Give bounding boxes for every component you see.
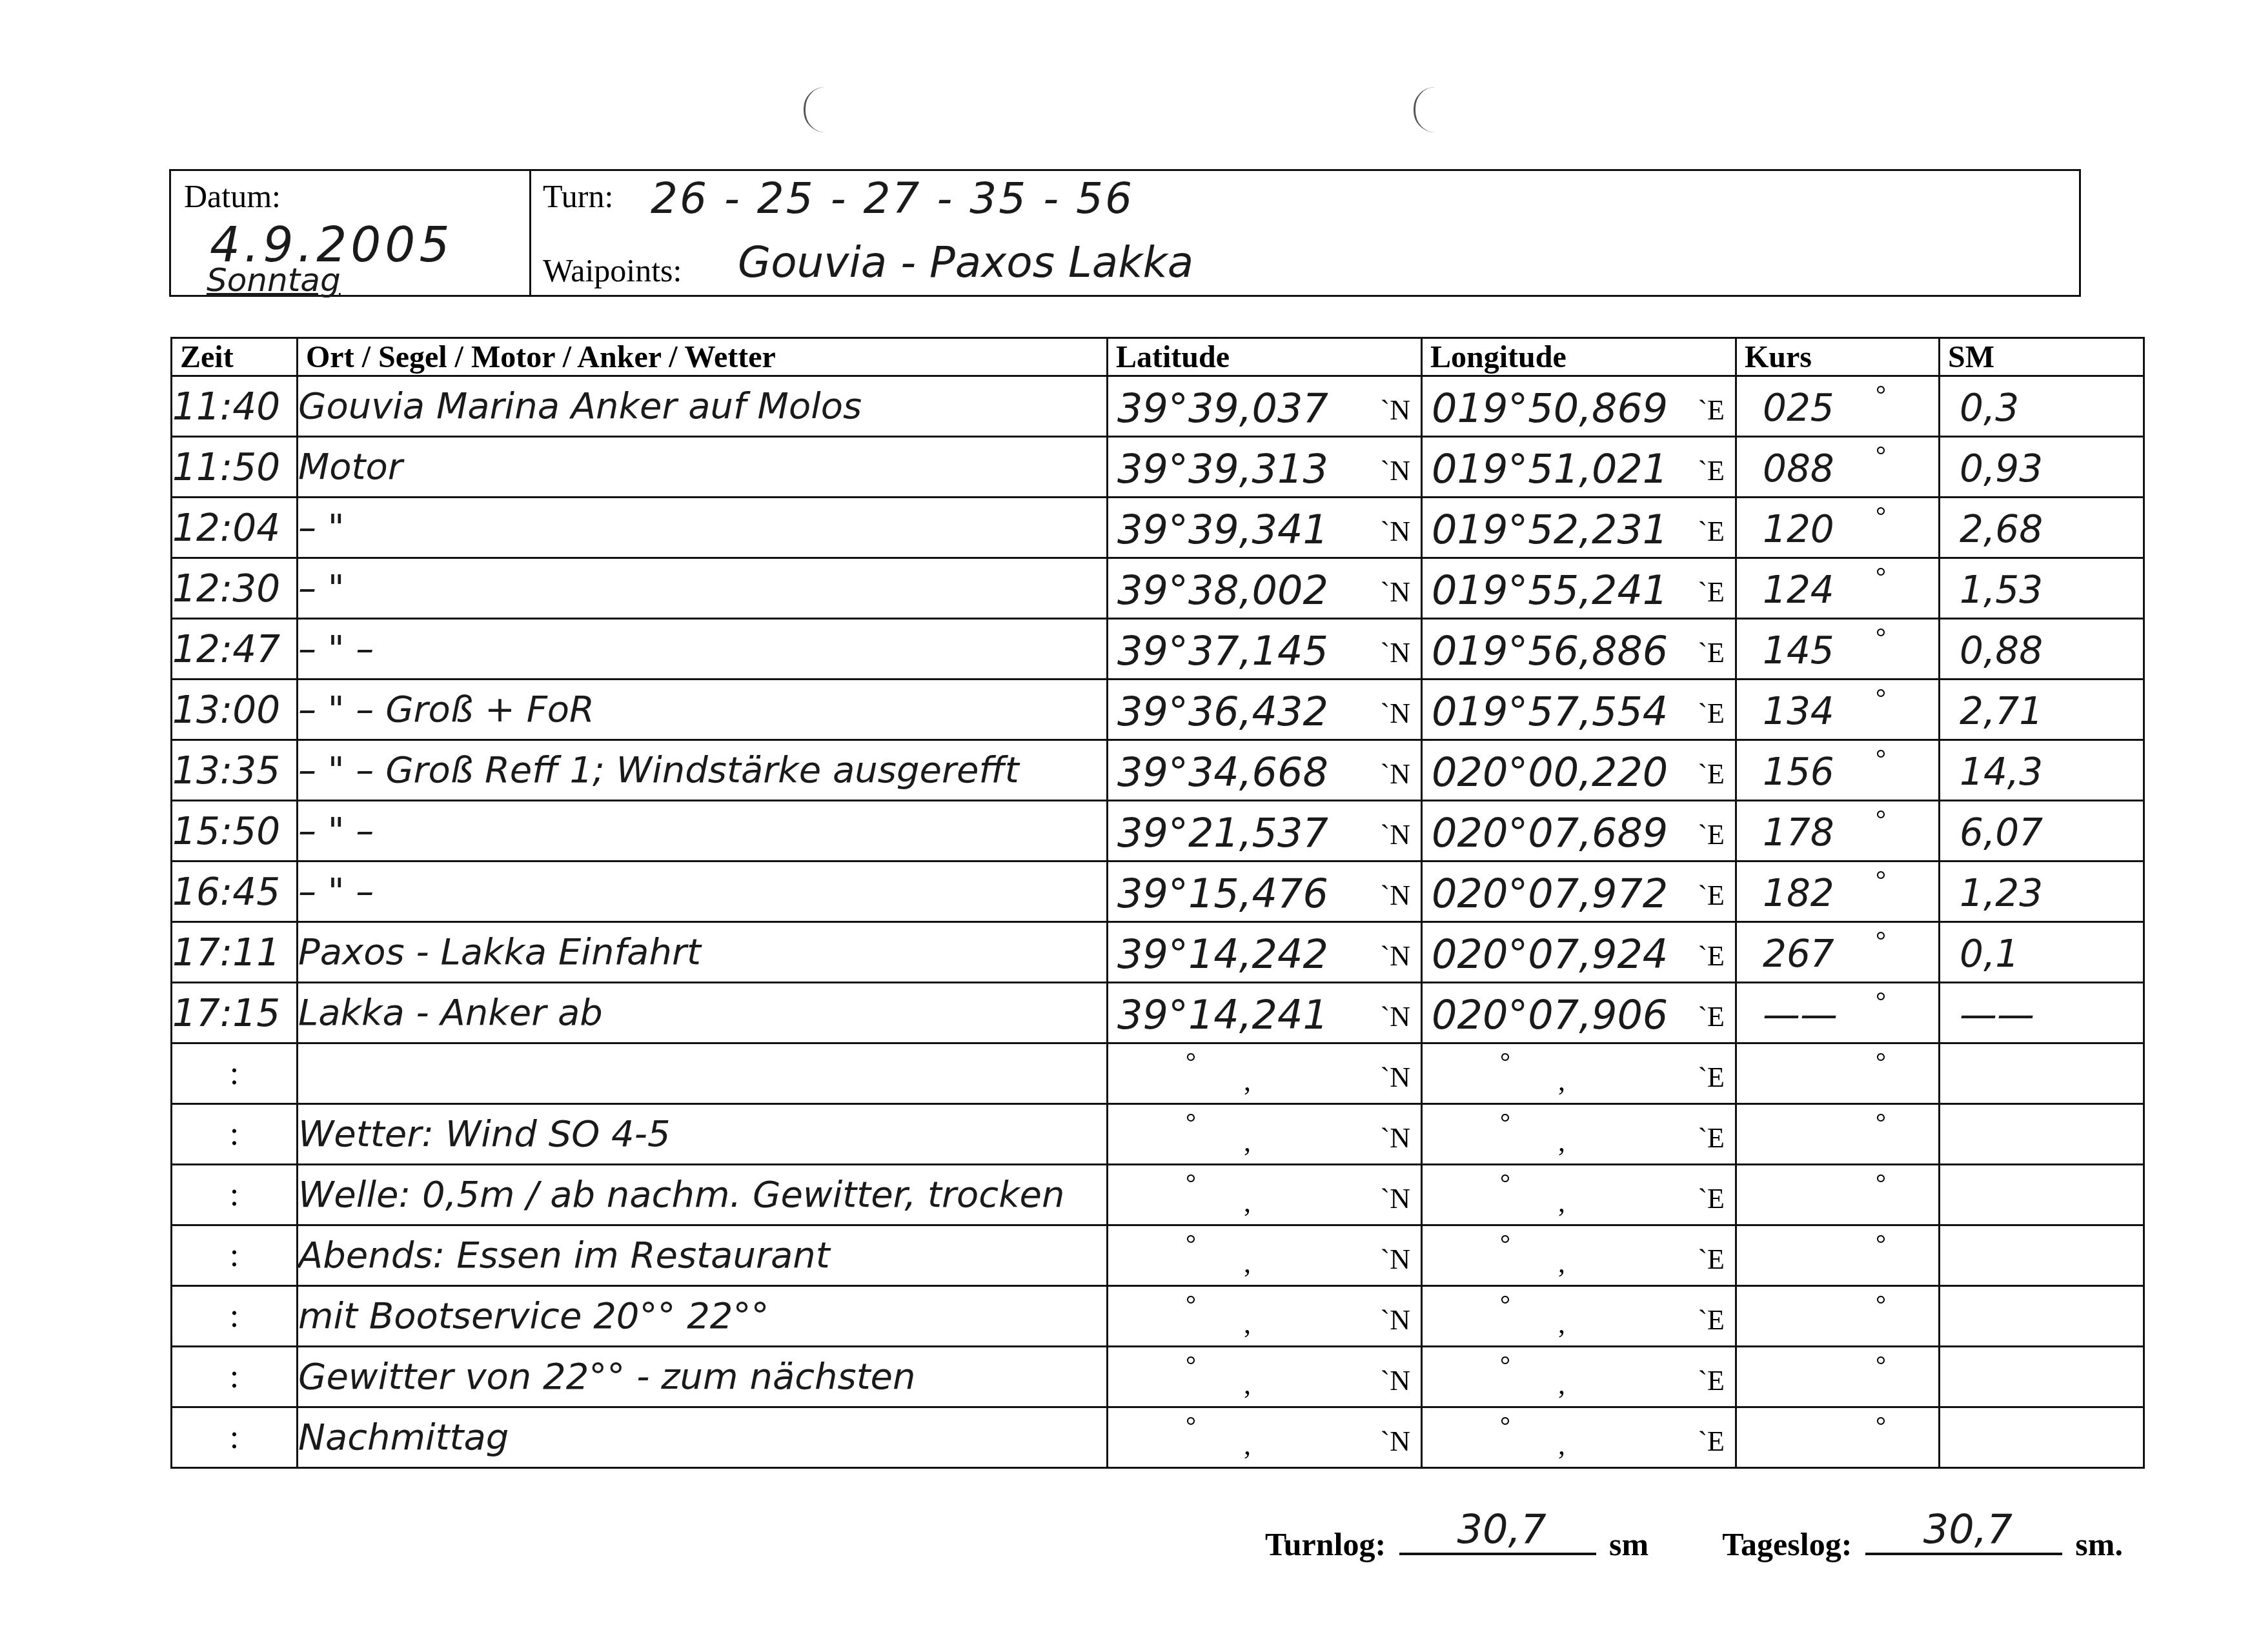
longitude-value: 020°07,906 xyxy=(1432,991,1668,1038)
cell-ort[interactable]: – " – xyxy=(298,801,1108,861)
cell-ort[interactable]: – " – Groß Reff 1; Windstärke ausgerefft xyxy=(298,740,1108,801)
tageslog-label: Tageslog: xyxy=(1722,1526,1852,1562)
degree-mark: ° xyxy=(1876,683,1886,713)
degree-mark: ° xyxy=(1876,1350,1886,1380)
turn-cell: Turn: 26 - 25 - 27 - 35 - 56 Waipoints: … xyxy=(531,171,2079,295)
cell-latitude[interactable]: 39°15,476`N xyxy=(1108,861,1422,922)
cell-kurs[interactable]: 156° xyxy=(1736,740,1940,801)
degree-mark: ° xyxy=(1500,1168,1510,1198)
degree-mark: ° xyxy=(1876,804,1886,834)
kurs-value: 145 xyxy=(1763,629,1834,672)
kurs-value: 134 xyxy=(1763,689,1834,733)
cell-longitude[interactable]: °,`E xyxy=(1422,1043,1736,1104)
cell-ort[interactable]: Lakka - Anker ab xyxy=(298,983,1108,1043)
sm-value: 0,1 xyxy=(1960,932,2019,976)
north-suffix: `N xyxy=(1381,818,1410,851)
longitude-value: 019°52,231 xyxy=(1432,506,1668,553)
comma-mark: , xyxy=(1244,1186,1251,1219)
degree-mark: ° xyxy=(1876,743,1886,774)
log-body: 11:40Gouvia Marina Anker auf Molos39°39,… xyxy=(172,376,2144,1468)
cell-sm[interactable]: 14,3 xyxy=(1940,740,2144,801)
degree-mark: ° xyxy=(1500,1047,1510,1077)
cell-longitude[interactable]: 020°07,924`E xyxy=(1422,922,1736,983)
cell-zeit[interactable]: 12:30 xyxy=(172,558,298,619)
cell-zeit[interactable]: : xyxy=(172,1347,298,1407)
degree-mark: ° xyxy=(1500,1350,1510,1380)
cell-sm[interactable]: 0,88 xyxy=(1940,619,2144,680)
tageslog-unit: sm. xyxy=(2075,1526,2123,1562)
comma-mark: , xyxy=(1244,1307,1251,1340)
longitude-value: 019°50,869 xyxy=(1432,385,1668,432)
east-suffix: `E xyxy=(1698,576,1725,609)
latitude-value: 39°14,241 xyxy=(1117,991,1328,1038)
cell-sm[interactable]: 2,71 xyxy=(1940,680,2144,740)
cell-ort[interactable]: – " xyxy=(298,498,1108,558)
column-header-longitude: Longitude xyxy=(1422,338,1736,376)
cell-zeit[interactable]: : xyxy=(172,1165,298,1225)
cell-kurs[interactable]: ° xyxy=(1736,1286,1940,1347)
cell-latitude[interactable]: °,`N xyxy=(1108,1286,1422,1347)
east-suffix: `E xyxy=(1698,1425,1725,1458)
cell-longitude[interactable]: °,`E xyxy=(1422,1347,1736,1407)
cell-ort[interactable]: Paxos - Lakka Einfahrt xyxy=(298,922,1108,983)
cell-ort[interactable]: Wetter: Wind SO 4-5 xyxy=(298,1104,1108,1165)
table-row: 12:04– " 39°39,341`N019°52,231`E120°2,68 xyxy=(172,498,2144,558)
latitude-value: 39°37,145 xyxy=(1117,627,1328,674)
kurs-value: —— xyxy=(1763,992,1838,1036)
table-row: 17:15Lakka - Anker ab39°14,241`N020°07,9… xyxy=(172,983,2144,1043)
cell-kurs[interactable]: 134° xyxy=(1736,680,1940,740)
north-suffix: `N xyxy=(1381,1304,1410,1336)
turnlog-field[interactable]: 30,7 xyxy=(1399,1522,1596,1555)
cell-ort[interactable]: – " xyxy=(298,558,1108,619)
cell-sm[interactable]: 0,3 xyxy=(1940,376,2144,437)
longitude-value: 019°51,021 xyxy=(1432,445,1668,492)
degree-mark: ° xyxy=(1876,501,1886,531)
cell-longitude[interactable]: 020°07,972`E xyxy=(1422,861,1736,922)
east-suffix: `E xyxy=(1698,394,1725,427)
cell-latitude[interactable]: 39°34,668`N xyxy=(1108,740,1422,801)
table-header-row: Zeit Ort / Segel / Motor / Anker / Wette… xyxy=(172,338,2144,376)
turn-label: Turn: xyxy=(543,177,613,215)
waypoints-label: Waipoints: xyxy=(543,252,682,289)
cell-ort[interactable]: Welle: 0,5m / ab nachm. Gewitter, trocke… xyxy=(298,1165,1108,1225)
column-header-zeit: Zeit xyxy=(172,338,298,376)
table-row: 16:45– " –39°15,476`N020°07,972`E182°1,2… xyxy=(172,861,2144,922)
table-row: 12:47– " –39°37,145`N019°56,886`E145°0,8… xyxy=(172,619,2144,680)
cell-latitude[interactable]: 39°36,432`N xyxy=(1108,680,1422,740)
cell-ort[interactable]: Abends: Essen im Restaurant xyxy=(298,1225,1108,1286)
sm-value: 2,71 xyxy=(1960,689,2043,733)
cell-latitude[interactable]: °,`N xyxy=(1108,1165,1422,1225)
cell-sm[interactable]: 1,53 xyxy=(1940,558,2144,619)
latitude-value: 39°39,037 xyxy=(1117,385,1328,432)
comma-mark: , xyxy=(1558,1186,1565,1219)
east-suffix: `E xyxy=(1698,1000,1725,1033)
cell-longitude[interactable]: °,`E xyxy=(1422,1286,1736,1347)
degree-mark: ° xyxy=(1876,561,1886,592)
cell-latitude[interactable]: °,`N xyxy=(1108,1043,1422,1104)
cell-sm[interactable] xyxy=(1940,1407,2144,1468)
sm-value: 6,07 xyxy=(1960,811,2043,854)
table-row: :mit Bootservice 20°° 22°°°,`N°,`E° xyxy=(172,1286,2144,1347)
cell-zeit[interactable]: 17:11 xyxy=(172,922,298,983)
cell-kurs[interactable]: 120° xyxy=(1736,498,1940,558)
east-suffix: `E xyxy=(1698,636,1725,669)
east-suffix: `E xyxy=(1698,515,1725,548)
north-suffix: `N xyxy=(1381,576,1410,609)
turn-value[interactable]: 26 - 25 - 27 - 35 - 56 xyxy=(651,174,1134,223)
datum-cell: Datum: 4.9.2005 Sonntag xyxy=(171,171,531,295)
longitude-value: 020°07,972 xyxy=(1432,870,1668,917)
table-row: 11:50Motor39°39,313`N019°51,021`E088°0,9… xyxy=(172,437,2144,498)
cell-zeit[interactable]: 12:04 xyxy=(172,498,298,558)
cell-zeit[interactable]: 17:15 xyxy=(172,983,298,1043)
cell-sm[interactable]: —— xyxy=(1940,983,2144,1043)
kurs-value: 156 xyxy=(1763,750,1834,794)
sm-value: 1,53 xyxy=(1960,568,2043,612)
degree-mark: ° xyxy=(1186,1168,1196,1198)
comma-mark: , xyxy=(1558,1125,1565,1158)
cell-longitude[interactable]: 019°51,021`E xyxy=(1422,437,1736,498)
cell-latitude[interactable]: 39°39,341`N xyxy=(1108,498,1422,558)
cell-sm[interactable] xyxy=(1940,1347,2144,1407)
sm-value: 14,3 xyxy=(1960,750,2043,794)
cell-ort[interactable]: – " – xyxy=(298,861,1108,922)
cell-sm[interactable]: 1,23 xyxy=(1940,861,2144,922)
cell-longitude[interactable]: 020°07,906`E xyxy=(1422,983,1736,1043)
north-suffix: `N xyxy=(1381,636,1410,669)
cell-ort[interactable]: Gewitter von 22°° - zum nächsten xyxy=(298,1347,1108,1407)
east-suffix: `E xyxy=(1698,1122,1725,1154)
turnlog-value: 30,7 xyxy=(1457,1506,1546,1553)
cell-kurs[interactable]: ° xyxy=(1736,1043,1940,1104)
north-suffix: `N xyxy=(1381,1364,1410,1397)
north-suffix: `N xyxy=(1381,1243,1410,1276)
east-suffix: `E xyxy=(1698,940,1725,972)
degree-mark: ° xyxy=(1186,1047,1196,1077)
cell-ort[interactable]: Motor xyxy=(298,437,1108,498)
column-header-ort: Ort / Segel / Motor / Anker / Wetter xyxy=(298,338,1108,376)
table-row: :Gewitter von 22°° - zum nächsten°,`N°,`… xyxy=(172,1347,2144,1407)
cell-kurs[interactable]: 182° xyxy=(1736,861,1940,922)
degree-mark: ° xyxy=(1186,1411,1196,1441)
north-suffix: `N xyxy=(1381,394,1410,427)
kurs-value: 088 xyxy=(1763,447,1834,490)
latitude-value: 39°38,002 xyxy=(1117,567,1328,614)
cell-kurs[interactable]: ° xyxy=(1736,1407,1940,1468)
latitude-value: 39°34,668 xyxy=(1117,749,1328,796)
table-row: :°,`N°,`E° xyxy=(172,1043,2144,1104)
table-row: :Wetter: Wind SO 4-5°,`N°,`E° xyxy=(172,1104,2144,1165)
comma-mark: , xyxy=(1558,1065,1565,1098)
cell-zeit[interactable]: : xyxy=(172,1225,298,1286)
cell-latitude[interactable]: 39°39,037`N xyxy=(1108,376,1422,437)
comma-mark: , xyxy=(1244,1125,1251,1158)
cell-kurs[interactable]: 124° xyxy=(1736,558,1940,619)
cell-sm[interactable]: 2,68 xyxy=(1940,498,2144,558)
longitude-value: 020°00,220 xyxy=(1432,749,1668,796)
east-suffix: `E xyxy=(1698,818,1725,851)
latitude-value: 39°36,432 xyxy=(1117,688,1328,735)
cell-sm[interactable]: 6,07 xyxy=(1940,801,2144,861)
turnlog-unit: sm xyxy=(1609,1526,1648,1562)
waypoints-value[interactable]: Gouvia - Paxos Lakka xyxy=(738,237,1193,287)
cell-latitude[interactable]: °,`N xyxy=(1108,1407,1422,1468)
east-suffix: `E xyxy=(1698,1364,1725,1397)
cell-sm[interactable]: 0,93 xyxy=(1940,437,2144,498)
cell-latitude[interactable]: 39°37,145`N xyxy=(1108,619,1422,680)
comma-mark: , xyxy=(1244,1429,1251,1462)
north-suffix: `N xyxy=(1381,1425,1410,1458)
cell-kurs[interactable]: ° xyxy=(1736,1165,1940,1225)
north-suffix: `N xyxy=(1381,758,1410,791)
sm-value: —— xyxy=(1960,992,2034,1036)
cell-zeit[interactable]: 16:45 xyxy=(172,861,298,922)
cell-kurs[interactable]: 178° xyxy=(1736,801,1940,861)
east-suffix: `E xyxy=(1698,758,1725,791)
comma-mark: , xyxy=(1558,1247,1565,1280)
degree-mark: ° xyxy=(1876,1168,1886,1198)
degree-mark: ° xyxy=(1876,440,1886,470)
longitude-value: 019°57,554 xyxy=(1432,688,1668,735)
kurs-value: 178 xyxy=(1763,811,1834,854)
north-suffix: `N xyxy=(1381,879,1410,912)
north-suffix: `N xyxy=(1381,1122,1410,1154)
table-row: 12:30– " 39°38,002`N019°55,241`E124°1,53 xyxy=(172,558,2144,619)
cell-ort[interactable]: mit Bootservice 20°° 22°° xyxy=(298,1286,1108,1347)
cell-sm[interactable] xyxy=(1940,1165,2144,1225)
comma-mark: , xyxy=(1558,1368,1565,1401)
north-suffix: `N xyxy=(1381,454,1410,487)
cell-ort[interactable]: Gouvia Marina Anker auf Molos xyxy=(298,376,1108,437)
north-suffix: `N xyxy=(1381,1061,1410,1094)
comma-mark: , xyxy=(1244,1368,1251,1401)
degree-mark: ° xyxy=(1500,1229,1510,1259)
kurs-value: 124 xyxy=(1763,568,1834,612)
table-row: 13:00– " – Groß + FoR39°36,432`N019°57,5… xyxy=(172,680,2144,740)
cell-latitude[interactable]: °,`N xyxy=(1108,1104,1422,1165)
kurs-value: 025 xyxy=(1763,386,1834,430)
cell-sm[interactable]: 0,1 xyxy=(1940,922,2144,983)
degree-mark: ° xyxy=(1500,1289,1510,1320)
north-suffix: `N xyxy=(1381,1000,1410,1033)
comma-mark: , xyxy=(1558,1429,1565,1462)
cell-longitude[interactable]: 019°57,554`E xyxy=(1422,680,1736,740)
degree-mark: ° xyxy=(1876,1229,1886,1259)
comma-mark: , xyxy=(1244,1065,1251,1098)
comma-mark: , xyxy=(1558,1307,1565,1340)
cell-latitude[interactable]: 39°21,537`N xyxy=(1108,801,1422,861)
cell-sm[interactable] xyxy=(1940,1043,2144,1104)
longitude-value: 019°56,886 xyxy=(1432,627,1668,674)
cell-zeit[interactable]: : xyxy=(172,1407,298,1468)
latitude-value: 39°39,313 xyxy=(1117,445,1328,492)
table-row: 11:40Gouvia Marina Anker auf Molos39°39,… xyxy=(172,376,2144,437)
cell-longitude[interactable]: 020°00,220`E xyxy=(1422,740,1736,801)
log-header: Datum: 4.9.2005 Sonntag Turn: 26 - 25 - … xyxy=(169,169,2081,297)
cell-latitude[interactable]: 39°38,002`N xyxy=(1108,558,1422,619)
datum-weekday[interactable]: Sonntag xyxy=(207,261,341,299)
cell-sm[interactable] xyxy=(1940,1104,2144,1165)
longitude-value: 019°55,241 xyxy=(1432,567,1668,614)
column-header-sm: SM xyxy=(1940,338,2144,376)
cell-zeit[interactable]: : xyxy=(172,1104,298,1165)
cell-longitude[interactable]: 020°07,689`E xyxy=(1422,801,1736,861)
column-header-kurs: Kurs xyxy=(1736,338,1940,376)
sm-value: 0,88 xyxy=(1960,629,2043,672)
degree-mark: ° xyxy=(1876,1047,1886,1077)
cell-latitude[interactable]: °,`N xyxy=(1108,1225,1422,1286)
north-suffix: `N xyxy=(1381,515,1410,548)
degree-mark: ° xyxy=(1876,622,1886,652)
punch-hole-mark-right xyxy=(1414,87,1435,132)
cell-zeit[interactable]: 12:47 xyxy=(172,619,298,680)
degree-mark: ° xyxy=(1876,986,1886,1016)
sm-value: 2,68 xyxy=(1960,507,2043,551)
degree-mark: ° xyxy=(1186,1107,1196,1138)
log-footer: Turnlog: 30,7 sm Tageslog: 30,7 sm. xyxy=(1265,1522,2123,1563)
east-suffix: `E xyxy=(1698,879,1725,912)
cell-kurs[interactable]: 088° xyxy=(1736,437,1940,498)
cell-ort[interactable]: Nachmittag xyxy=(298,1407,1108,1468)
table-row: :Nachmittag°,`N°,`E° xyxy=(172,1407,2144,1468)
punch-hole-mark-left xyxy=(804,87,825,132)
cell-kurs[interactable]: 025° xyxy=(1736,376,1940,437)
kurs-value: 267 xyxy=(1763,932,1834,976)
degree-mark: ° xyxy=(1876,1411,1886,1441)
cell-kurs[interactable]: 267° xyxy=(1736,922,1940,983)
cell-kurs[interactable]: ° xyxy=(1736,1347,1940,1407)
degree-mark: ° xyxy=(1876,865,1886,895)
longitude-value: 020°07,924 xyxy=(1432,931,1668,978)
cell-latitude[interactable]: 39°39,313`N xyxy=(1108,437,1422,498)
cell-zeit[interactable]: : xyxy=(172,1286,298,1347)
column-header-latitude: Latitude xyxy=(1108,338,1422,376)
cell-sm[interactable] xyxy=(1940,1286,2144,1347)
cell-zeit[interactable]: : xyxy=(172,1043,298,1104)
cell-sm[interactable] xyxy=(1940,1225,2144,1286)
comma-mark: , xyxy=(1244,1247,1251,1280)
cell-ort[interactable]: – " – Groß + FoR xyxy=(298,680,1108,740)
cell-zeit[interactable]: 15:50 xyxy=(172,801,298,861)
north-suffix: `N xyxy=(1381,1182,1410,1215)
cell-longitude[interactable]: 019°50,869`E xyxy=(1422,376,1736,437)
cell-kurs[interactable]: 145° xyxy=(1736,619,1940,680)
table-row: :Welle: 0,5m / ab nachm. Gewitter, trock… xyxy=(172,1165,2144,1225)
cell-longitude[interactable]: °,`E xyxy=(1422,1225,1736,1286)
cell-zeit[interactable]: 13:00 xyxy=(172,680,298,740)
east-suffix: `E xyxy=(1698,1061,1725,1094)
cell-ort[interactable]: – " – xyxy=(298,619,1108,680)
latitude-value: 39°14,242 xyxy=(1117,931,1328,978)
table-row: 17:11Paxos - Lakka Einfahrt39°14,242`N02… xyxy=(172,922,2144,983)
degree-mark: ° xyxy=(1500,1411,1510,1441)
table-row: :Abends: Essen im Restaurant°,`N°,`E° xyxy=(172,1225,2144,1286)
degree-mark: ° xyxy=(1876,379,1886,410)
sm-value: 1,23 xyxy=(1960,871,2043,915)
degree-mark: ° xyxy=(1876,1107,1886,1138)
latitude-value: 39°21,537 xyxy=(1117,809,1328,856)
cell-zeit[interactable]: 11:40 xyxy=(172,376,298,437)
cell-longitude[interactable]: °,`E xyxy=(1422,1104,1736,1165)
cell-zeit[interactable]: 11:50 xyxy=(172,437,298,498)
degree-mark: ° xyxy=(1186,1289,1196,1320)
cell-longitude[interactable]: °,`E xyxy=(1422,1407,1736,1468)
turnlog-label: Turnlog: xyxy=(1265,1526,1386,1562)
cell-latitude[interactable]: 39°14,242`N xyxy=(1108,922,1422,983)
degree-mark: ° xyxy=(1186,1350,1196,1380)
cell-latitude[interactable]: 39°14,241`N xyxy=(1108,983,1422,1043)
cell-latitude[interactable]: °,`N xyxy=(1108,1347,1422,1407)
table-row: 15:50– " –39°21,537`N020°07,689`E178°6,0… xyxy=(172,801,2144,861)
latitude-value: 39°15,476 xyxy=(1117,870,1328,917)
kurs-value: 182 xyxy=(1763,871,1834,915)
north-suffix: `N xyxy=(1381,697,1410,730)
tageslog-value: 30,7 xyxy=(1923,1506,2013,1553)
degree-mark: ° xyxy=(1876,925,1886,956)
tageslog-field[interactable]: 30,7 xyxy=(1865,1522,2062,1555)
cell-longitude[interactable]: 019°52,231`E xyxy=(1422,498,1736,558)
cell-kurs[interactable]: ——° xyxy=(1736,983,1940,1043)
east-suffix: `E xyxy=(1698,1304,1725,1336)
cell-ort[interactable] xyxy=(298,1043,1108,1104)
degree-mark: ° xyxy=(1186,1229,1196,1259)
datum-label: Datum: xyxy=(184,177,281,215)
cell-kurs[interactable]: ° xyxy=(1736,1225,1940,1286)
table-row: 13:35– " – Groß Reff 1; Windstärke ausge… xyxy=(172,740,2144,801)
cell-longitude[interactable]: 019°56,886`E xyxy=(1422,619,1736,680)
east-suffix: `E xyxy=(1698,697,1725,730)
kurs-value: 120 xyxy=(1763,507,1834,551)
east-suffix: `E xyxy=(1698,454,1725,487)
east-suffix: `E xyxy=(1698,1182,1725,1215)
cell-longitude[interactable]: 019°55,241`E xyxy=(1422,558,1736,619)
cell-zeit[interactable]: 13:35 xyxy=(172,740,298,801)
degree-mark: ° xyxy=(1876,1289,1886,1320)
longitude-value: 020°07,689 xyxy=(1432,809,1668,856)
east-suffix: `E xyxy=(1698,1243,1725,1276)
cell-kurs[interactable]: ° xyxy=(1736,1104,1940,1165)
log-table: Zeit Ort / Segel / Motor / Anker / Wette… xyxy=(170,337,2145,1469)
cell-longitude[interactable]: °,`E xyxy=(1422,1165,1736,1225)
degree-mark: ° xyxy=(1500,1107,1510,1138)
latitude-value: 39°39,341 xyxy=(1117,506,1328,553)
sm-value: 0,3 xyxy=(1960,386,2019,430)
north-suffix: `N xyxy=(1381,940,1410,972)
sm-value: 0,93 xyxy=(1960,447,2043,490)
